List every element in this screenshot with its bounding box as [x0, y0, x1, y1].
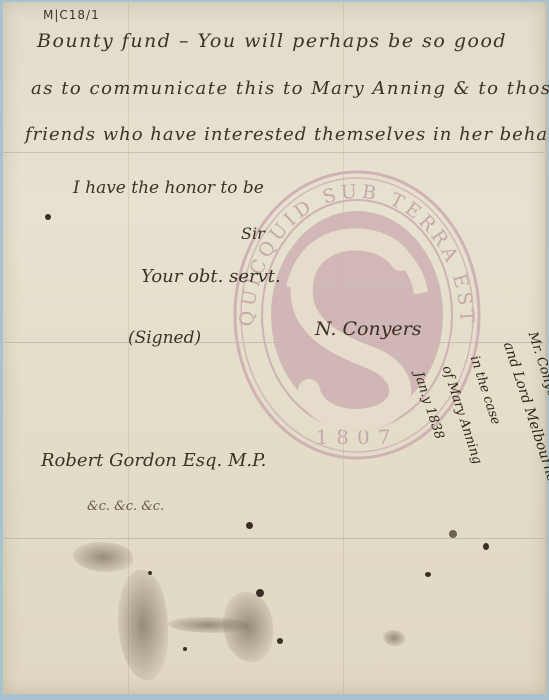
ink-blot: [449, 530, 457, 538]
signature: N. Conyers: [315, 318, 422, 340]
closing-servant: Your obt. servt.: [141, 266, 281, 287]
ink-blot: [246, 522, 253, 529]
ink-stain: [118, 570, 168, 680]
letter-line: as to communicate this to Mary Anning & …: [31, 78, 549, 99]
closing-line: I have the honor to be: [73, 178, 264, 198]
ink-blot: [425, 572, 431, 577]
letter-line: Bounty fund – You will perhaps be so goo…: [37, 30, 507, 52]
archive-reference: M|C18/1: [43, 8, 100, 22]
letter-line: friends who have interested themselves i…: [25, 124, 549, 145]
ink-blot: [45, 214, 51, 220]
ink-blot: [183, 647, 187, 651]
geological-society-stamp: QUICQUID SUB TERRA EST 1807: [231, 168, 483, 462]
fold-line: [3, 538, 545, 540]
ink-stain: [383, 630, 405, 646]
fold-line: [3, 152, 545, 154]
letter-page: QUICQUID SUB TERRA EST 1807 M|C18/1 Boun…: [3, 2, 547, 694]
recipient-name: Robert Gordon Esq. M.P.: [41, 450, 266, 471]
ink-stain: [168, 617, 248, 633]
signed-note: (Signed): [128, 328, 201, 348]
ink-stain: [73, 542, 133, 572]
ink-blot: [483, 543, 489, 550]
ink-blot: [277, 638, 283, 644]
recipient-etc: &c. &c. &c.: [87, 499, 164, 514]
salutation-sir: Sir: [241, 224, 265, 243]
